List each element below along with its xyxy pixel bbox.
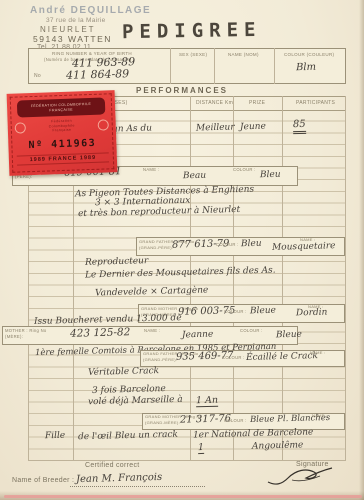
grandfather2-note-1: Véritable Crack — [88, 366, 159, 378]
name-header: NAME (NOM) — [228, 52, 259, 57]
page-title: PEDIGREE — [122, 19, 262, 43]
grandfather2-note-4: 1 An — [196, 395, 218, 408]
performance-distance: Meilleur — [196, 122, 235, 133]
grandfather1-name: Mousquetaire — [272, 241, 336, 253]
grandmother2-sublabel: (GRAND-MÈRE): — [145, 420, 180, 425]
father-colour-label: COLOUR : — [233, 167, 256, 172]
colour-header: COLOUR (COULEUR) — [284, 52, 334, 57]
grandfather2-name-label: NAME : — [310, 350, 326, 355]
mother-ring: 423 125-82 — [70, 326, 131, 340]
mother-label: MOTHER : Ring No — [5, 328, 47, 333]
pedigree-document: André DEQUILLAGE 37 rue de la Mairie NIE… — [0, 0, 364, 500]
scan-edge-right — [359, 0, 364, 500]
column-participants: PARTICIPANTS — [296, 100, 335, 106]
performance-participants: 85 — [293, 119, 306, 134]
father-name: Beau — [183, 171, 206, 182]
grandfather2-colour-label: COLOUR : — [222, 355, 245, 360]
mother-colour-label: COLOUR : — [240, 328, 263, 333]
no-label: No — [34, 73, 41, 79]
grandfather1-sublabel: (GRAND-PÈRE): — [139, 245, 173, 250]
federation-sticker: FÉDÉRATION COLOMBOPHILE FRANÇAISE Fédéra… — [7, 90, 118, 176]
grandfather1-note-1: Reproducteur — [85, 256, 148, 268]
mother-name-label: NAME : — [144, 328, 160, 333]
colour-value: Blm — [296, 62, 316, 74]
grandmother2-note-4: Angoulême — [252, 440, 304, 451]
grandfather2-note-2: 3 fois Barcelone — [92, 384, 166, 396]
grandfather1-colour: Bleu — [241, 239, 262, 250]
performance-race: un As du — [112, 123, 152, 134]
grandmother2-note-5: 1 — [198, 442, 204, 454]
grandmother2-name-label: NAME : — [312, 413, 328, 418]
father-colour: Bleu — [260, 170, 281, 181]
grandmother1-colour: Bleue — [250, 306, 276, 317]
letterhead-address-2: NIEURLET — [40, 25, 96, 34]
grandfather2-colour: Écaillé le Crack — [246, 351, 318, 363]
letterhead-name: André DEQUILLAGE — [30, 5, 151, 16]
performance-prize: Jeune — [240, 122, 266, 133]
grandmother1-name: Dordin — [296, 308, 328, 319]
letterhead-address-1: 37 rue de la Mairie — [46, 17, 106, 24]
column-distance: DISTANCE Km — [196, 100, 233, 106]
grandmother1-colour-label: COLOUR : — [224, 309, 247, 314]
breeder-name-label: Name of Breeder : — [12, 477, 74, 484]
scan-edge-pink-line — [4, 495, 362, 498]
letterhead-address-3: 59143 WATTEN — [33, 34, 112, 44]
grandfather2-sublabel: (GRAND-PÈRE): — [143, 357, 177, 362]
signature-icon — [262, 464, 336, 488]
father-name-label: NAME : — [143, 167, 159, 172]
sticker-header-band: FÉDÉRATION COLOMBOPHILE FRANÇAISE — [17, 97, 106, 117]
column-prize: PRIZE — [249, 100, 265, 106]
grandmother2-note-1: Fille — [45, 431, 65, 442]
breeder-name-value: Jean M. François — [76, 472, 162, 485]
mother-name: Jeanne — [182, 330, 213, 341]
grandmother2-colour-label: COLOUR : — [224, 418, 247, 423]
mother-sublabel: (MÈRE): — [5, 334, 23, 339]
sticker-center-text: Fédération Colombophile Française — [30, 118, 94, 134]
ring-value-2: 411 864-89 — [66, 67, 130, 82]
mother-colour: Bleue — [276, 330, 302, 341]
certified-correct-label: Certified correct — [85, 462, 140, 469]
sex-header: SEX (SEXE) — [179, 52, 207, 57]
grandfather1-colour-label: COLOUR : — [216, 242, 239, 247]
